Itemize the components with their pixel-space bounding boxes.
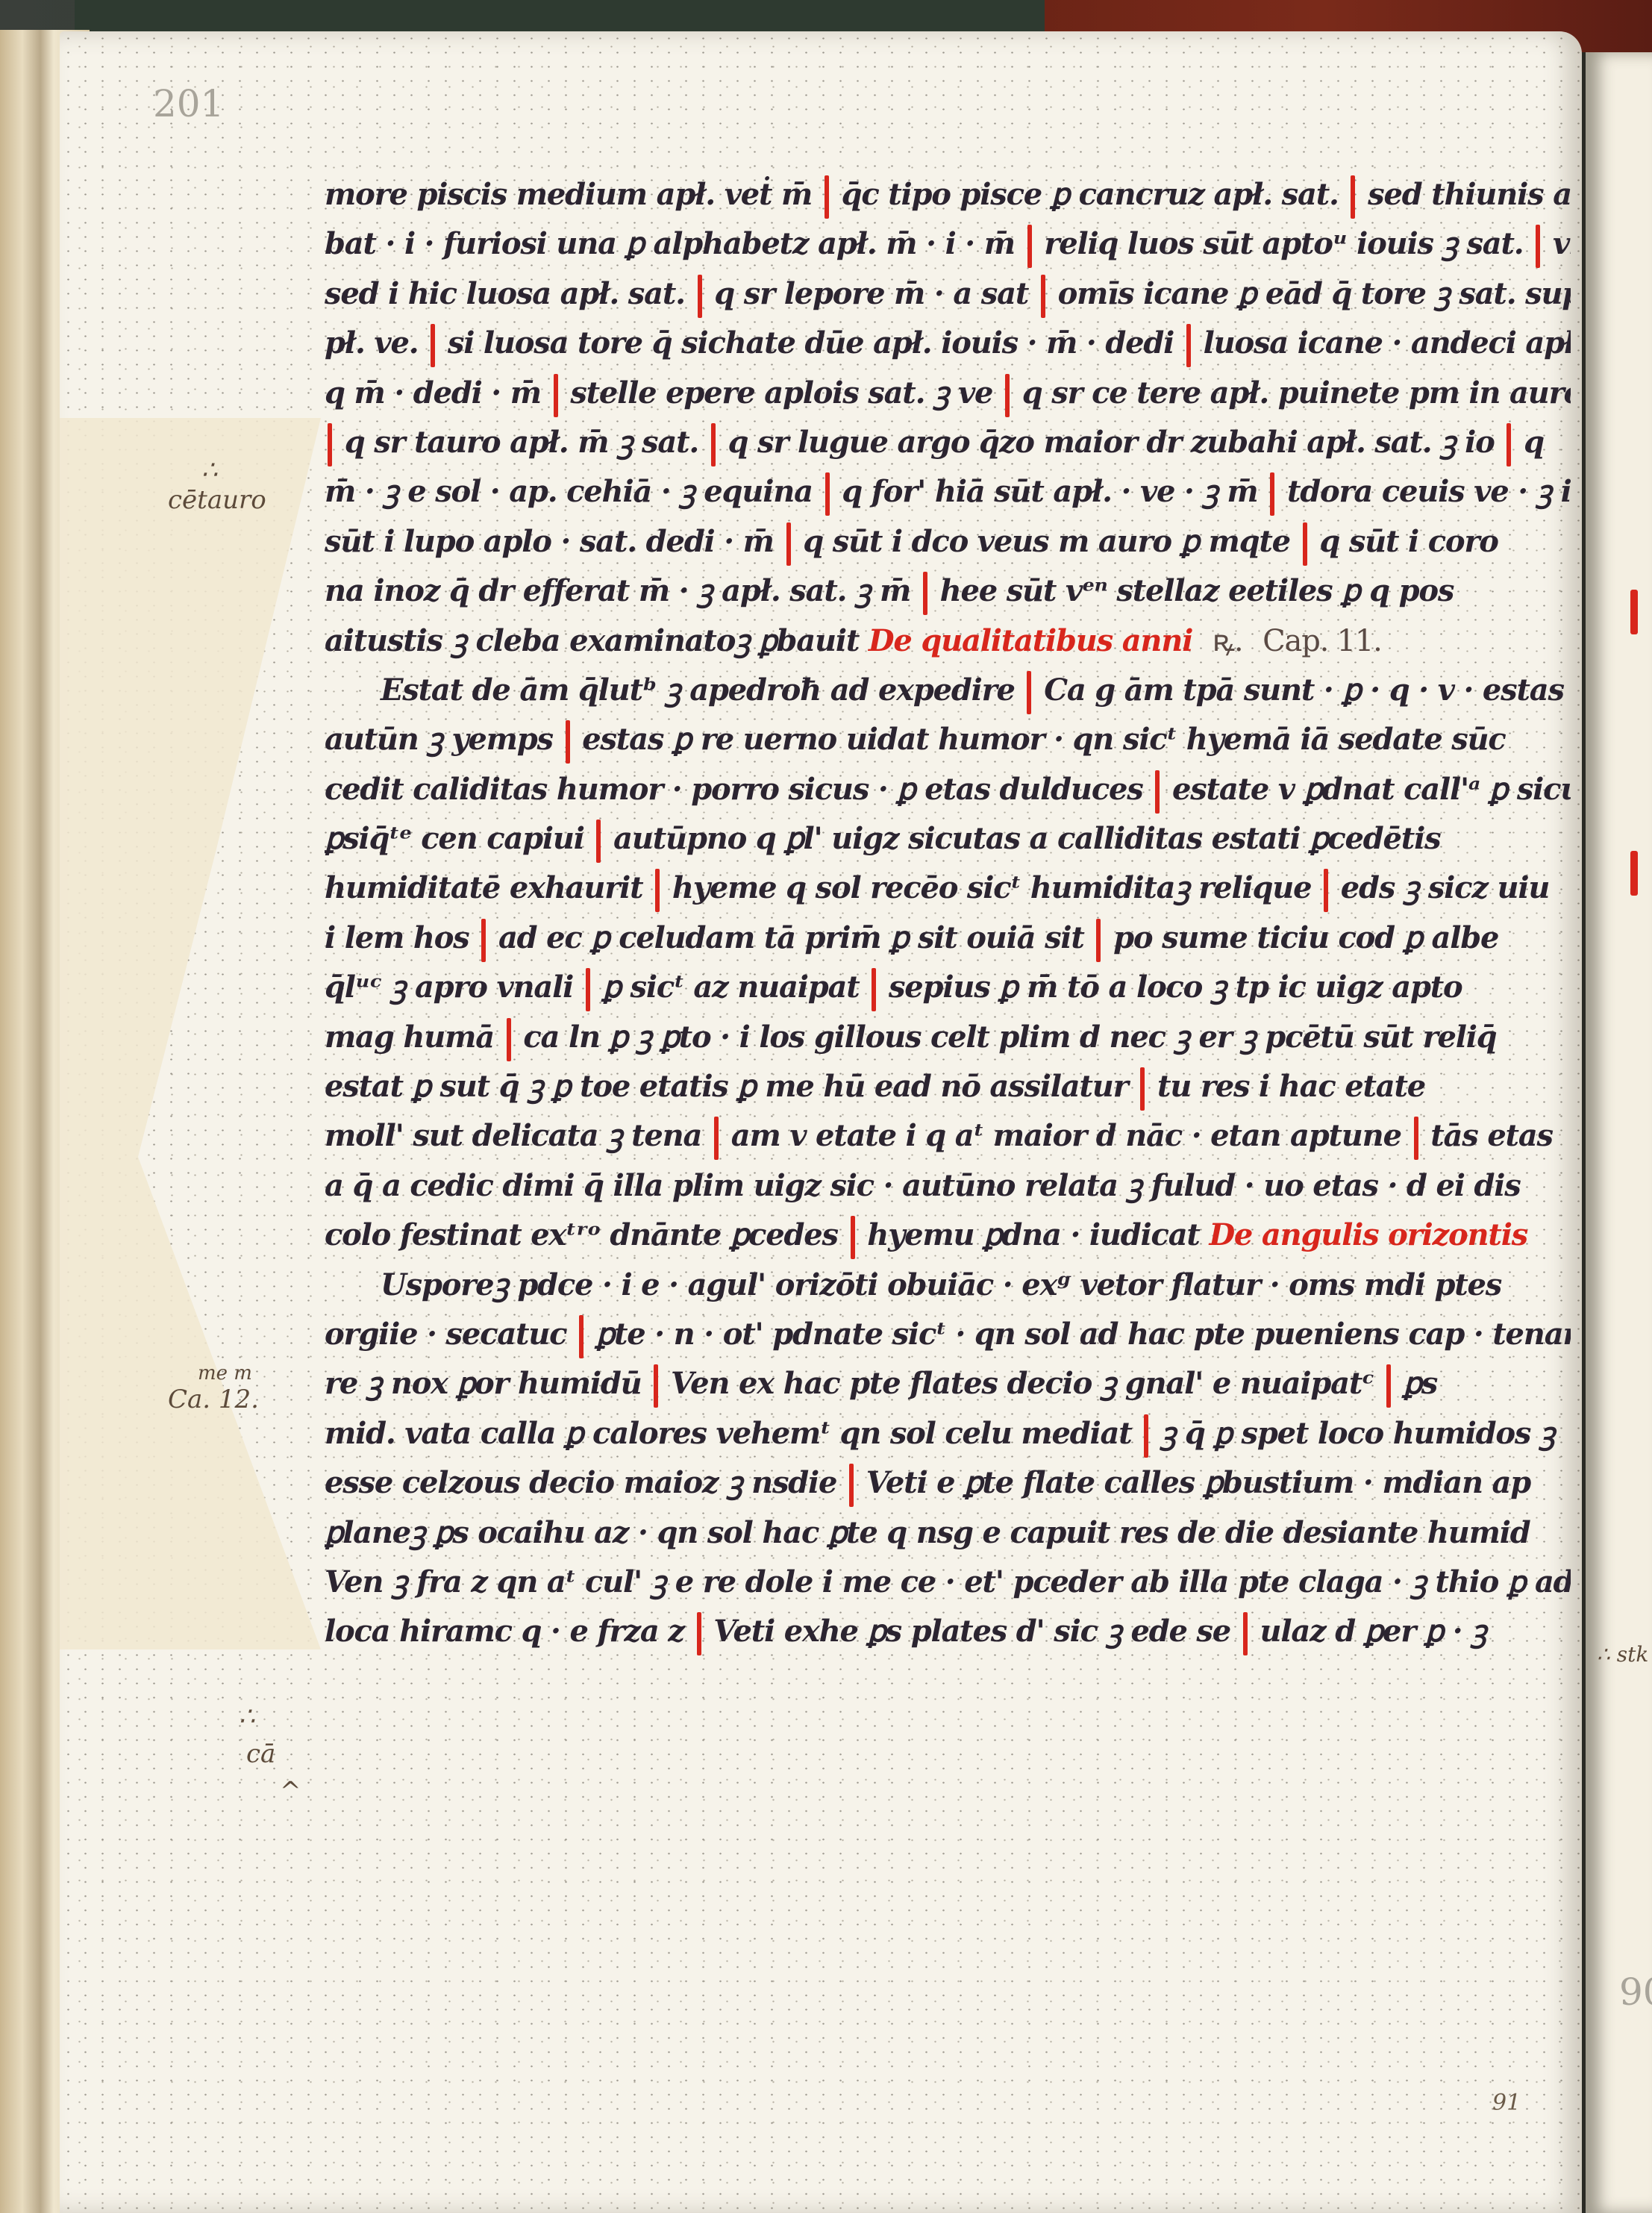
text-line-29: Ven ꝫ fra z qn aᵗ cul' ꝫ e re dole i me … (325, 1558, 1571, 1607)
paraph-mark (596, 820, 601, 863)
paraph-mark (1144, 1414, 1148, 1458)
text-line-2: bat · i · furiosi una ꝑ alphabetz apł. m… (325, 219, 1571, 269)
paraph-mark (849, 1464, 854, 1507)
paraph-mark (507, 1018, 511, 1061)
rubric-heading-angulis-orizontis: De angulis orizontis (1209, 1217, 1527, 1252)
text-line-3: sed i hic luosa apł. sat. q sr lepore m̄… (325, 269, 1571, 319)
text-line-9: na inoz q̄ dr efferat m̄ · ꝫ apł. sat. ꝫ… (325, 566, 1571, 616)
paraph-mark (1186, 324, 1191, 367)
paraph-mark (923, 572, 927, 615)
paraph-mark (1506, 423, 1511, 466)
paraph-mark (1041, 275, 1045, 318)
paraph-mark (566, 720, 570, 764)
paraph-mark (481, 919, 486, 962)
text-line-18: mag humā ca ln ꝑ ꝫ ꝑto · i los gillous c… (325, 1013, 1571, 1062)
text-line-26: mid. vata calla ꝑ calores vehemᵗ qn sol … (325, 1409, 1571, 1458)
text-line-28: ꝑlaneꝫ ꝑs ocaihu az · qn sol hac ꝑte q n… (325, 1508, 1571, 1558)
text-line-22-with-rubric: colo festinat exᵗʳᵒ dnānte ꝑcedes hyemu … (325, 1211, 1571, 1260)
text-line-16: i lem hos ad ec ꝑ celudam tā prim̄ ꝑ sit… (325, 914, 1571, 963)
paraph-mark (825, 472, 830, 516)
paraph-mark (1027, 225, 1032, 268)
text-line-30: loca hiramc q · e frza z Veti exhe ꝑs pl… (325, 1607, 1571, 1656)
paraph-mark (711, 423, 716, 466)
paraph-mark (554, 374, 558, 417)
paraph-mark (825, 175, 829, 219)
text-line-23: Usporeꝫ pdce · i e · agul' orizōti obuiā… (325, 1261, 1571, 1310)
text-line-13: cedit caliditas humor · porro sicus · ꝑ … (325, 765, 1571, 814)
paraph-mark (1303, 522, 1307, 566)
text-line-7: m̄ · ꝫ e sol · ap. cehiā · ꝫ equina q fo… (325, 467, 1571, 516)
text-line-10-with-rubric: aitustis ꝫ cleba examinatoꝫ ꝑbauit De qu… (325, 617, 1571, 666)
text-line-21: a q̄ a cedic dimi q̄ illa plim uigz sic … (325, 1161, 1571, 1211)
paraph-mark (1243, 1612, 1248, 1655)
text-line-12: autūn ꝫ yemps estas ꝑ re uerno uidat hum… (325, 715, 1571, 764)
text-line-25: re ꝫ nox ꝑor humidū Ven ex hac pte flate… (325, 1359, 1571, 1408)
paraph-mark (579, 1315, 583, 1358)
paraph-mark (328, 423, 332, 466)
facing-page-paraph-2 (1630, 851, 1638, 896)
paraph-mark (654, 1364, 658, 1408)
text-line-19: estat ꝑ sut q̄ ꝫ ꝑ toe etatis ꝑ me hū ea… (325, 1062, 1571, 1111)
paraph-mark (872, 968, 876, 1011)
main-text-column: more piscis medium apł. veṫ m̄ q̄c tipo … (325, 170, 1571, 1657)
text-line-6: q sr tauro apł. m̄ ꝫ sat. q sr lugue arg… (325, 418, 1571, 467)
paraph-mark (1096, 919, 1101, 962)
paraph-mark (714, 1117, 719, 1160)
paraph-mark (1005, 374, 1010, 417)
rubric-heading-qualitatibus-anni: De qualitatibus anni (869, 623, 1192, 658)
paraph-mark (655, 869, 660, 912)
paraph-mark (1270, 472, 1274, 516)
text-line-1: more piscis medium apł. veṫ m̄ q̄c tipo … (325, 170, 1571, 219)
paraph-mark (698, 275, 702, 318)
paraph-mark (1386, 1364, 1391, 1408)
paraph-mark (1324, 869, 1328, 912)
margin-note-right-edge: ∴ stk (1597, 1642, 1648, 1667)
paraph-mark (431, 324, 435, 367)
text-line-10: aitustis ꝫ cleba examinatoꝫ ꝑbauit (325, 623, 859, 658)
facing-page-paraph-1 (1630, 590, 1638, 634)
paraph-mark (1414, 1117, 1418, 1160)
paraph-mark (1536, 225, 1540, 268)
text-line-11: Estat de ām q̄lutᵇ ꝫ apedroħ ad expedire… (325, 666, 1571, 715)
margin-note-ca: cā (246, 1739, 275, 1769)
margin-note-superscript: me m (198, 1362, 252, 1385)
text-line-15: humiditatē exhaurit hyeme q sol recēo si… (325, 864, 1571, 913)
paraph-mark (786, 522, 791, 566)
paraph-mark (851, 1216, 855, 1259)
margin-note-chapter-12: Ca. 12. (168, 1385, 259, 1414)
text-line-24: orgiie · secatuc ꝑte · n · ot' pdnate si… (325, 1310, 1571, 1359)
text-line-20: moll' sut delicata ꝫ tena am v etate i q… (325, 1111, 1571, 1161)
chapter-number-11: Cap. 11. (1263, 624, 1382, 658)
text-line-8: sūt i lupo aplo · sat. dedi · m̄ q sūt i… (325, 517, 1571, 566)
pencil-corner-number: 201 (153, 82, 224, 125)
text-line-17: q̄lᵘᶜ ꝫ apro vnali ꝑ sicᵗ az nuaipat sep… (325, 963, 1571, 1012)
margin-note-caret: ^ (280, 1776, 301, 1806)
chapter-prefix: ꝶ. (1213, 624, 1242, 658)
text-line-4: pł. ve. si luosa tore q̄ sichate dūe apł… (325, 319, 1571, 368)
text-line-5: q m̄ · dedi · m̄ stelle epere aplois sat… (325, 369, 1571, 418)
paraph-mark (1140, 1067, 1145, 1111)
pencil-folio-number: 90 (1619, 1970, 1652, 2014)
text-line-14: ꝑsiq̄ᵗᵉ cen capiui autūpno q ꝑl' uigz si… (325, 814, 1571, 864)
paraph-mark (697, 1612, 701, 1655)
paraph-mark (1351, 175, 1355, 219)
margin-note-centauro: cētauro (168, 485, 266, 515)
text-line-22: colo festinat exᵗʳᵒ dnānte ꝑcedes hyemu … (325, 1217, 1200, 1252)
facing-page-edge (1586, 52, 1652, 2213)
margin-note-dots-1: ∴ (201, 455, 218, 485)
text-line-27: esse celzous decio maioz ꝫ nsdie Veti e … (325, 1458, 1571, 1508)
ink-folio-number: 91 (1492, 2090, 1521, 2116)
paraph-mark (1027, 671, 1031, 714)
paraph-mark (1155, 770, 1160, 814)
paraph-mark (586, 968, 590, 1011)
margin-note-dots-3: ∴ (239, 1702, 255, 1732)
